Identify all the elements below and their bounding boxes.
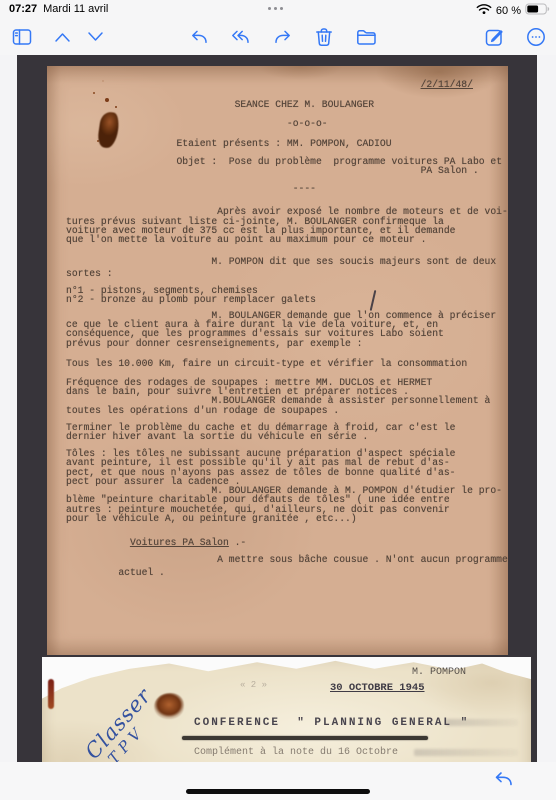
undo-button[interactable] [183,21,215,53]
move-to-folder-button[interactable] [350,21,382,53]
undo-markup-button[interactable] [488,765,518,793]
doc-line: SEANCE CHEZ M. BOULANGER [235,100,496,109]
page2-recipient: M. POMPON [412,667,466,678]
ipad-screen: 07:27 Mardi 11 avril 60 % [0,0,556,800]
doc-line: pour le véhicule A, ou peinture granitée… [66,514,496,523]
doc-line: M. POMPON dit que ses soucis majeurs son… [211,257,496,266]
sidebar-toggle-button[interactable] [6,21,38,53]
battery-percent: 60 % [496,5,521,17]
document-viewer[interactable]: /2/11/48/SEANCE CHEZ M. BOULANGER-o-o-o-… [0,55,556,762]
status-bar: 07:27 Mardi 11 avril 60 % [0,0,556,18]
battery-icon [525,3,550,18]
doc-line: actuel . [118,568,496,577]
doc-line: /2/11/48/ [421,80,496,89]
redo-button[interactable] [267,21,299,53]
previous-page-button[interactable] [46,21,78,53]
doc-line: que l'on mette la voiture au point au ma… [66,235,496,244]
document-page-2[interactable]: M. POMPON « 2 » 30 OCTOBRE 1945 CONFEREN… [42,657,531,762]
faded-text-smudge [414,749,518,756]
red-ink-streak [48,679,54,709]
doc-line: ---- [293,184,496,193]
viewer-canvas: /2/11/48/SEANCE CHEZ M. BOULANGER-o-o-o-… [17,55,537,762]
document-page-1[interactable]: /2/11/48/SEANCE CHEZ M. BOULANGER-o-o-o-… [47,66,508,655]
doc-line: PA Salon . [421,166,496,175]
wifi-icon [476,3,492,18]
multitasking-dots-icon[interactable] [268,7,283,10]
more-button[interactable] [520,21,552,53]
undo-all-button[interactable] [224,21,256,53]
markup-button[interactable] [478,21,510,53]
status-date: Mardi 11 avril [43,3,108,15]
page2-title: CONFERENCE " PLANNING GENERAL " [194,717,469,729]
doc-line: Voitures PA Salon .- [130,538,496,547]
bottom-bar [0,762,556,800]
faded-text-smudge [446,719,518,726]
heavy-underline [182,736,428,740]
page1-lines: /2/11/48/SEANCE CHEZ M. BOULANGER-o-o-o-… [66,80,496,578]
doc-line: prévus pour donner cesrenseignements, pa… [66,339,496,348]
clock: 07:27 [9,3,37,15]
home-indicator[interactable] [186,789,370,794]
delete-button[interactable] [308,21,340,53]
doc-line: -o-o-o- [287,119,496,128]
page2-subtitle: Complément à la note du 16 Octobre [194,747,398,758]
page2-number: « 2 » [240,680,267,690]
doc-line: n°2 - bronze au plomb pour remplacer gal… [66,295,496,304]
doc-line: sortes : [66,269,496,278]
doc-line: Tous les 10.000 Km, faire un circuit-typ… [66,359,496,368]
next-page-button[interactable] [79,21,111,53]
doc-line: A mettre sous bâche cousue . N'ont aucun… [217,555,496,564]
toolbar [0,18,556,55]
page2-date: 30 OCTOBRE 1945 [330,682,425,694]
doc-line: toutes les opérations d'un rodage de sou… [66,406,496,415]
doc-line: dernier hiver avant la sortie du véhicul… [66,432,496,441]
doc-line: Etaient présents : MM. POMPON, CADIOU [176,139,496,148]
